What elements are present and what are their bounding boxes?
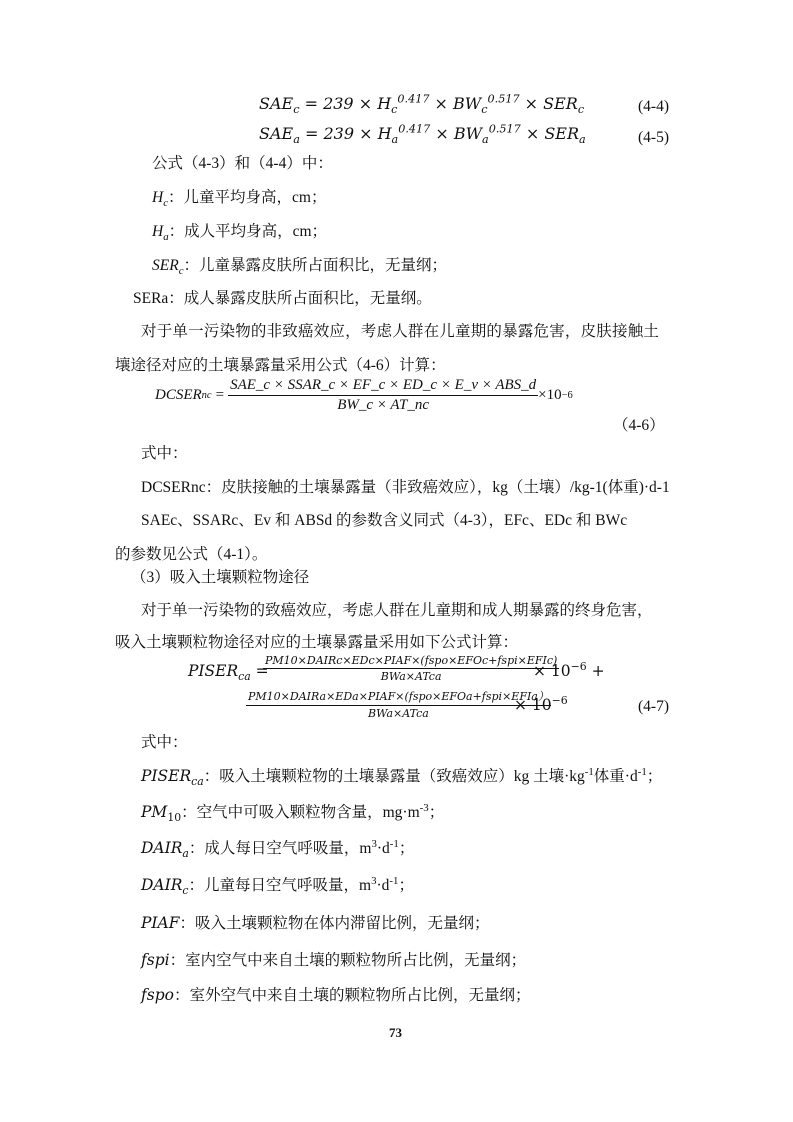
definition-dairc: DAIRc：儿童每日空气呼吸量，m3·d-1；	[141, 873, 414, 895]
fraction-denominator: BWa×ATca	[381, 669, 442, 683]
superscript: -1	[585, 766, 594, 778]
superscript: -3	[420, 802, 429, 814]
equation-number: (4-7)	[638, 698, 669, 716]
paragraph: 公式（4-3）和（4-4）中：	[152, 151, 333, 173]
eq-factor: × 10	[533, 662, 571, 680]
equation-4-7-factor-2: × 10−6	[514, 696, 568, 714]
paragraph: 对于单一污染物的非致癌效应，考虑人群在儿童期的暴露危害，皮肤接触土	[141, 319, 659, 341]
plus-sign: +	[592, 662, 605, 680]
eq-body: × BW	[435, 124, 482, 143]
equals-sign: =	[216, 387, 224, 404]
eq-symbol: SAE	[259, 94, 293, 113]
section-heading: （3）吸入土壤颗粒物途径	[131, 565, 309, 587]
subscript: 10	[167, 811, 181, 824]
definition-text: ；	[429, 804, 445, 821]
symbol: PM	[141, 803, 167, 821]
equation-4-5: SAEa = 239 × Ha0.417 × BWa0.517 × SERa	[259, 124, 586, 143]
definition-text: ：吸入土壤颗粒物在体内滞留比例，无量纲；	[180, 915, 490, 932]
eq-body: = 239 × H	[305, 124, 392, 143]
page-number: 73	[389, 1025, 402, 1041]
definition-piser: PISERca：吸入土壤颗粒物的土壤暴露量（致癌效应）kg 土壤·kg-1体重·…	[141, 764, 662, 786]
eq-subscript: a	[293, 133, 300, 146]
equation-4-6: DCSERnc = SAE_c × SSAR_c × EF_c × ED_c ×…	[155, 377, 573, 414]
definition-text: ：室外空气中来自土壤的颗粒物所占比例，无量纲；	[174, 987, 531, 1004]
definition-sera: SERa：成人暴露皮肤所占面积比，无量纲。	[133, 286, 432, 308]
definition-hc: Hc：儿童平均身高，cm；	[152, 185, 326, 207]
symbol: H	[152, 223, 163, 240]
definition-text: ·d	[377, 840, 390, 857]
paragraph: 式中：	[141, 730, 188, 752]
eq-superscript: −6	[571, 660, 587, 673]
definition-text: ：成人每日空气呼吸量，m	[189, 840, 372, 857]
eq-subscript: ca	[238, 670, 251, 683]
eq-symbol: SAE	[259, 124, 293, 143]
definition-daira: DAIRa：成人每日空气呼吸量，m3·d-1；	[141, 836, 414, 858]
equation-4-7-factor-1: × 10−6 +	[533, 662, 605, 680]
fraction-numerator: PM10×DAIRa×EDa×PIAF×(fspo×EFOa+fspi×EFIa…	[246, 688, 551, 706]
fraction-numerator: PM10×DAIRc×EDc×PIAF×(fspo×EFOc+fspi×EFIc…	[263, 654, 559, 669]
equation-number: （4-6）	[613, 413, 665, 435]
symbol: PIAF	[141, 914, 180, 932]
superscript: -1	[390, 838, 399, 850]
paragraph: 式中：	[141, 441, 188, 463]
equation-4-7-term-2: PM10×DAIRa×EDa×PIAF×(fspo×EFOa+fspi×EFIa…	[246, 688, 551, 720]
equation-4-7-lhs: PISERca =	[188, 662, 269, 680]
symbol: fspi	[141, 951, 170, 969]
fraction: PM10×DAIRa×EDa×PIAF×(fspo×EFOa+fspi×EFIa…	[246, 688, 551, 720]
eq-subscript: c	[578, 103, 584, 116]
eq-symbol: DCSER	[155, 387, 202, 404]
eq-subscript: a	[482, 133, 489, 146]
eq-factor: × 10	[514, 696, 552, 714]
equation-number: (4-5)	[638, 129, 669, 147]
eq-symbol: PISER	[188, 662, 238, 680]
superscript: -1	[638, 766, 647, 778]
symbol: fspo	[141, 986, 174, 1004]
definition-text: ：儿童平均身高，cm；	[168, 189, 326, 206]
symbol: DAIR	[141, 876, 182, 894]
eq-subscript: c	[293, 103, 299, 116]
definition-text: ；	[398, 877, 414, 894]
fraction: PM10×DAIRc×EDc×PIAF×(fspo×EFOc+fspi×EFIc…	[263, 654, 559, 683]
eq-superscript: 0.417	[397, 93, 429, 106]
definition-text: ；	[647, 768, 663, 785]
fraction-denominator: BWa×ATca	[368, 706, 429, 720]
paragraph: 吸入土壤颗粒物途径对应的土壤暴露量采用如下公式计算：	[115, 630, 518, 652]
definition-ha: Ha：成人平均身高，cm；	[152, 219, 327, 241]
eq-superscript: 0.417	[398, 123, 430, 136]
definition-dcser: DCSERnc：皮肤接触的土壤暴露量（非致癌效应），kg（土壤）/kg-1(体重…	[141, 475, 670, 497]
definition-text: ：室内空气中来自土壤的颗粒物所占比例，无量纲；	[170, 952, 527, 969]
definition-text: ：儿童暴露皮肤所占面积比，无量纲；	[184, 257, 448, 274]
definition-text: 体重·d	[594, 768, 638, 785]
symbol: DAIR	[141, 839, 182, 857]
eq-body: = 239 × H	[305, 94, 392, 113]
eq-superscript: 0.517	[488, 93, 520, 106]
definition-text: ：空气中可吸入颗粒物含量，mg·m	[181, 804, 420, 821]
definition-fspo: fspo：室外空气中来自土壤的颗粒物所占比例，无量纲；	[141, 983, 530, 1005]
definition-text: ·d	[376, 877, 389, 894]
eq-body: × BW	[435, 94, 482, 113]
symbol: H	[152, 189, 163, 206]
equation-4-7-term-1: PM10×DAIRc×EDc×PIAF×(fspo×EFOc+fspi×EFIc…	[263, 654, 559, 683]
paragraph: 壤途径对应的土壤暴露量采用公式（4-6）计算：	[115, 353, 446, 375]
fraction-numerator: SAE_c × SSAR_c × EF_c × ED_c × E_v × ABS…	[228, 377, 538, 396]
definition-text: ：儿童每日空气呼吸量，m	[189, 877, 372, 894]
paragraph: 对于单一污染物的致癌效应，考虑人群在儿童期和成人期暴露的终身危害，	[141, 598, 653, 620]
definition-serc: SERc：儿童暴露皮肤所占面积比，无量纲；	[152, 253, 447, 275]
paragraph: SAEc、SSARc、Ev 和 ABSd 的参数含义同式（4-3），EFc、ED…	[141, 508, 627, 530]
subscript: ca	[191, 775, 204, 788]
paragraph: 的参数见公式（4-1）。	[115, 542, 267, 564]
eq-superscript: −6	[552, 694, 568, 707]
fraction-denominator: BW_c × AT_nc	[337, 396, 429, 414]
definition-pm10: PM10：空气中可吸入颗粒物含量，mg·m-3；	[141, 800, 444, 822]
eq-body: × SER	[526, 124, 579, 143]
eq-body: × SER	[525, 94, 578, 113]
definition-text: ：成人平均身高，cm；	[169, 223, 327, 240]
definition-piaf: PIAF：吸入土壤颗粒物在体内滞留比例，无量纲；	[141, 911, 490, 933]
symbol: SER	[152, 257, 179, 274]
eq-superscript: 0.517	[489, 123, 521, 136]
definition-text: ；	[399, 840, 415, 857]
definition-text: ：吸入土壤颗粒物的土壤暴露量（致癌效应）kg 土壤·kg	[204, 768, 585, 785]
equation-4-4: SAEc = 239 × Hc0.417 × BWc0.517 × SERc	[259, 94, 584, 113]
eq-subscript: a	[579, 133, 586, 146]
eq-factor: ×10	[538, 387, 561, 404]
equation-number: (4-4)	[638, 98, 669, 116]
symbol: PISER	[141, 767, 191, 785]
fraction: SAE_c × SSAR_c × EF_c × ED_c × E_v × ABS…	[228, 377, 538, 414]
definition-fspi: fspi：室内空气中来自土壤的颗粒物所占比例，无量纲；	[141, 948, 526, 970]
